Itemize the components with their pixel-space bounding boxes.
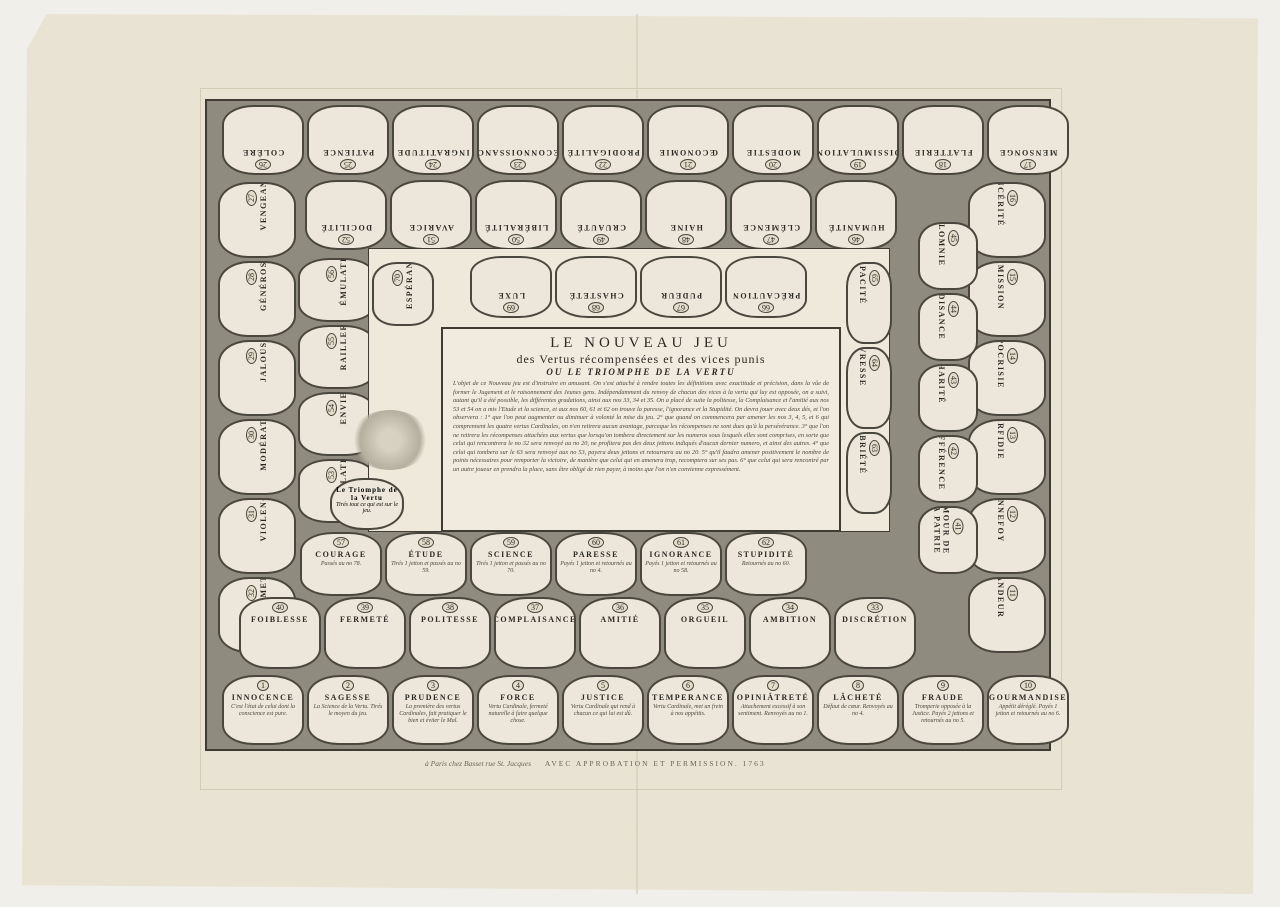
board-cell: 48Haine xyxy=(645,180,727,250)
board-cell: 16Sincérité xyxy=(968,182,1046,258)
outer-left-column: 27Vengeance 28Générosité 29Jalousie 30Mo… xyxy=(218,182,296,653)
third-right-column: 63Sobriété 64Yvresse 65Capacité xyxy=(846,262,892,514)
game-title: LE NOUVEAU JEU xyxy=(453,335,829,352)
board-cell-ignorance: 61IgnorancePayés 1 jetton et retournés a… xyxy=(640,532,722,596)
board-cell: 52Docilité xyxy=(305,180,387,250)
board-cell: 30Modération xyxy=(218,419,296,495)
board-cell: 41Amour de la Patrie xyxy=(918,506,978,574)
board-cell-innocence: 1InnocenceC'est l'état de celui dont la … xyxy=(222,675,304,745)
board-cell: 19Dissimulation xyxy=(817,105,899,175)
board-cell: 70Espérance xyxy=(372,262,434,326)
board-cell: 44Médisance xyxy=(918,293,978,361)
third-left-column: 70Espérance xyxy=(372,262,434,326)
permission-text: AVEC APPROBATION ET PERMISSION. 1763 xyxy=(545,759,766,768)
board-cell-gourmandise: 10GourmandiseAppétit déréglé. Payés 1 je… xyxy=(987,675,1069,745)
game-subtitle: des Vertus récompensées et des vices pun… xyxy=(453,352,829,367)
imprint-line: à Paris chez Basset rue St. Jacques AVEC… xyxy=(425,759,766,768)
board-cell: 47Clémence xyxy=(730,180,812,250)
board-cell: 50Libéralité xyxy=(475,180,557,250)
board-cell-force: 4ForceVertu Cardinale, fermeté naturelle… xyxy=(477,675,559,745)
final-square-triomphe: Le Triomphe de la Vertu Tirés tout ce qu… xyxy=(330,478,404,530)
board-cell: 17Mensonge xyxy=(987,105,1069,175)
board-cell: 37Complaisance xyxy=(494,597,576,669)
board-cell-courage: 57CouragePassés au no 78. xyxy=(300,532,382,596)
board-cell: 46Humanité xyxy=(815,180,897,250)
board-cell: 49Cruauté xyxy=(560,180,642,250)
outer-top-row: 17Mensonge 18Flatterie 19Dissimulation 2… xyxy=(222,105,1069,175)
board-cell: 67Pudeur xyxy=(640,256,722,318)
board-cell: 35Orgueil xyxy=(664,597,746,669)
board-cell-fraude: 9FraudeTromperie opposée à la Justice. P… xyxy=(902,675,984,745)
board-cell: 40Foiblesse xyxy=(239,597,321,669)
board-cell: 18Flatterie xyxy=(902,105,984,175)
board-cell: 38Politesse xyxy=(409,597,491,669)
allegorical-figure-icon xyxy=(350,410,430,470)
board-cell: 51Avarice xyxy=(390,180,472,250)
board-cell-stupidite: 62StupiditéRetournés au no 60. xyxy=(725,532,807,596)
board-cell: 55Raillerie xyxy=(298,325,376,389)
board-cell-opiniatrete: 7OpiniâtretéAttachement excessif à son s… xyxy=(732,675,814,745)
board-cell: 22Prodigalité xyxy=(562,105,644,175)
board-cell-science: 59ScienceTirés 1 jetton et passés au no … xyxy=(470,532,552,596)
board-cell: 56Émulation xyxy=(298,258,376,322)
board-cell: 12Bonnefoy xyxy=(968,498,1046,574)
board-cell-etude: 58ÉtudeTirés 1 jetton et passés au no 59… xyxy=(385,532,467,596)
third-bottom-row: 57CouragePassés au no 78. 58ÉtudeTirés 1… xyxy=(300,532,807,596)
board-cell: 14Hypocrisie xyxy=(968,340,1046,416)
board-cell: 21Œconomie xyxy=(647,105,729,175)
board-cell: 45Calomnie xyxy=(918,222,978,290)
board-cell: 29Jalousie xyxy=(218,340,296,416)
board-cell: 43Charité xyxy=(918,364,978,432)
board-cell: 39Fermeté xyxy=(324,597,406,669)
board-cell: 13Perfidie xyxy=(968,419,1046,495)
board-cell: 11Candeur xyxy=(968,577,1046,653)
board-cell: 27Vengeance xyxy=(218,182,296,258)
board-cell: 26Colère xyxy=(222,105,304,175)
board-cell: 25Patience xyxy=(307,105,389,175)
board-cell: 31Violence xyxy=(218,498,296,574)
title-cartouche: LE NOUVEAU JEU des Vertus récompensées e… xyxy=(441,327,841,532)
board-cell: 36Amitié xyxy=(579,597,661,669)
second-right-column: 41Amour de la Patrie 42Indifférence 43Ch… xyxy=(918,222,978,574)
board-cell-sagesse: 2SagesseLa Science de la Vertu. Tirés le… xyxy=(307,675,389,745)
board-cell: 24Ingratitude xyxy=(392,105,474,175)
board-cell: 34Ambition xyxy=(749,597,831,669)
second-top-row: 46Humanité 47Clémence 48Haine 49Cruauté … xyxy=(305,180,897,250)
board-cell: 64Yvresse xyxy=(846,347,892,429)
board-cell: 28Générosité xyxy=(218,261,296,337)
board-cell-lachete: 8LâchetéDéfaut de cœur. Renvoyés au no 4… xyxy=(817,675,899,745)
board-cell: 20Modestie xyxy=(732,105,814,175)
outer-right-column: 11Candeur 12Bonnefoy 13Perfidie 14Hypocr… xyxy=(968,182,1046,653)
board-cell: 42Indifférence xyxy=(918,435,978,503)
board-cell: 66Précaution xyxy=(725,256,807,318)
third-top-row: 66Précaution 67Pudeur 68Chasteté 69Luxe xyxy=(470,256,807,318)
board-cell: 63Sobriété xyxy=(846,432,892,514)
game-alt-title: OU LE TRIOMPHE DE LA VERTU xyxy=(453,367,829,377)
board-cell-paresse: 60ParessePayés 1 jetton et retournés au … xyxy=(555,532,637,596)
board-cell-temperance: 6TemperanceVertu Cardinale, met un frein… xyxy=(647,675,729,745)
publisher-text: à Paris chez Basset rue St. Jacques xyxy=(425,759,531,768)
board-cell: 69Luxe xyxy=(470,256,552,318)
board-cell-prudence: 3PrudenceLa première des vertus Cardinal… xyxy=(392,675,474,745)
board-cell: 23Reconnoissance xyxy=(477,105,559,175)
rules-text: L'objet de ce Nouveau jeu est d'instruir… xyxy=(453,380,829,475)
board-cell-justice: 5JusticeVertu Cardinale qui rend à chacu… xyxy=(562,675,644,745)
board-cell: 33Discrétion xyxy=(834,597,916,669)
outer-bottom-row: 1InnocenceC'est l'état de celui dont la … xyxy=(222,675,1069,745)
board-cell: 15Soumission xyxy=(968,261,1046,337)
board-cell: 68Chasteté xyxy=(555,256,637,318)
board-cell: 65Capacité xyxy=(846,262,892,344)
second-bottom-row: 33Discrétion 34Ambition 35Orgueil 36Amit… xyxy=(222,597,916,669)
